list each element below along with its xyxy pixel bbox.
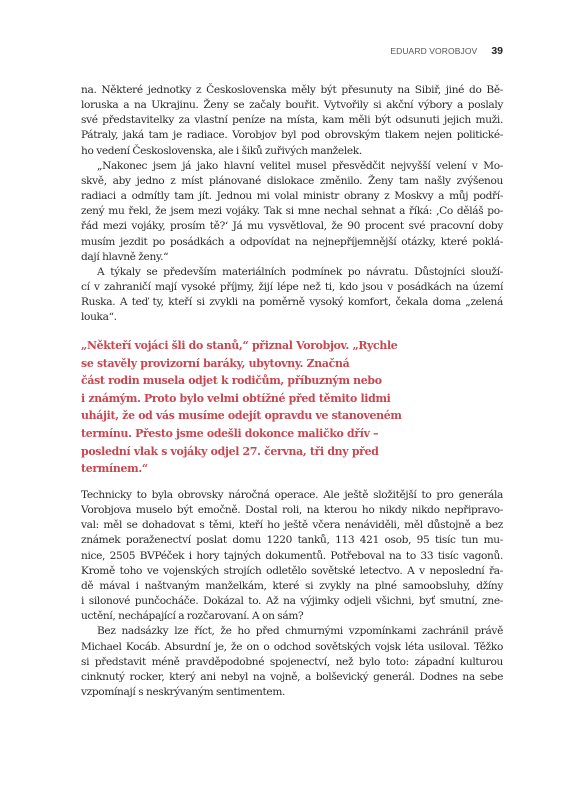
text-line: radiaci a odmítly tam jít. Jednou mi vol…: [81, 189, 503, 204]
text-line: uctění, nechápající a rozčarovaní. A on …: [81, 609, 503, 624]
pull-quote: „Někteří vojáci šli do stanů,“ přiznal V…: [81, 337, 421, 478]
pull-quote-line: se stavěly provizorní baráky, ubytovny. …: [81, 355, 421, 373]
text-line: si představit méně pravděpodobné spojene…: [81, 655, 503, 670]
pull-quote-line: „Někteří vojáci šli do stanů,“ přiznal V…: [81, 337, 421, 355]
paragraph: na. Některé jednotky z Československa mě…: [81, 83, 503, 159]
text-line: Ruska. A teď ty, kteří si zvykli na pomě…: [81, 295, 503, 310]
text-line: dají hlavně ženy.“: [81, 250, 503, 265]
pull-quote-line: i známým. Proto bylo velmi obtížné před …: [81, 390, 421, 408]
text-line: musím jezdit po posádkách a odpovídat na…: [81, 235, 503, 250]
text-line: louka“.: [81, 310, 503, 325]
running-head: EDUARD VOROBJOV 39: [390, 45, 503, 57]
body-text-block-2: Technicky to byla obrovsky náročná opera…: [81, 488, 503, 700]
text-line: skvě, aby jedno z míst plánované disloka…: [81, 174, 503, 189]
text-line: ho vedení Československa, ale i šiků zuř…: [81, 144, 503, 159]
running-head-author: EDUARD VOROBJOV: [390, 46, 477, 56]
paragraph: A týkaly se především materiálních podmí…: [81, 265, 503, 326]
pull-quote-line: část rodin musela odjet k rodičům, příbu…: [81, 372, 421, 390]
text-line: své představitelky za vlastní peníze na …: [81, 113, 503, 128]
page-number: 39: [491, 45, 503, 57]
text-line: loruska a na Ukrajinu. Ženy se začaly bo…: [81, 98, 503, 113]
text-line: vzpomínají s neskrývaným sentimentem.: [81, 685, 503, 700]
text-line: Vorobjova muselo být emočně. Dostal roli…: [81, 503, 503, 518]
pull-quote-line: uhájit, že od vás musíme odejít opravdu …: [81, 407, 421, 425]
text-line: nice, 2505 BVPéček i hory tajných dokume…: [81, 549, 503, 564]
text-line: zený mu řekl, že jsem mezi vojáky. Tak s…: [81, 204, 503, 219]
text-line: řád mezi vojáky, prosím tě?‘ Já mu vysvě…: [81, 219, 503, 234]
body-text-block-1: na. Některé jednotky z Československa mě…: [81, 83, 503, 326]
text-line: na. Některé jednotky z Československa mě…: [81, 83, 503, 98]
text-line: Michael Kocáb. Absurdní je, že on o odch…: [81, 640, 503, 655]
text-line: Bez nadsázky lze říct, že ho před chmurn…: [81, 624, 503, 639]
text-line: val: měl se dohadovat s těmi, kteří ho j…: [81, 518, 503, 533]
paragraph: „Nakonec jsem já jako hlavní velitel mus…: [81, 159, 503, 265]
text-line: „Nakonec jsem já jako hlavní velitel mus…: [81, 159, 503, 174]
text-line: i silonové punčocháče. Dokázal to. Až na…: [81, 594, 503, 609]
text-line: A týkaly se především materiálních podmí…: [81, 265, 503, 280]
paragraph: Technicky to byla obrovsky náročná opera…: [81, 488, 503, 624]
text-line: známek poraženectví poslat domu 1220 tan…: [81, 533, 503, 548]
text-line: Technicky to byla obrovsky náročná opera…: [81, 488, 503, 503]
pull-quote-line: termínem.“: [81, 460, 421, 478]
text-line: dě mával i naštvaným manželkám, které si…: [81, 579, 503, 594]
text-line: Kromě toho ve vojenských strojích odletě…: [81, 564, 503, 579]
paragraph: Bez nadsázky lze říct, že ho před chmurn…: [81, 624, 503, 700]
text-line: cí v zahraničí mají vysoké příjmy, žijí …: [81, 280, 503, 295]
text-line: cinknutý rocker, který ani nebyl na vojn…: [81, 670, 503, 685]
book-page: EDUARD VOROBJOV 39 na. Některé jednotky …: [0, 0, 583, 800]
pull-quote-line: poslední vlak s vojáky odjel 27. června,…: [81, 443, 421, 461]
text-line: Pátraly, jaká tam je radiace. Vorobjov b…: [81, 128, 503, 143]
pull-quote-line: termínu. Přesto jsme odešli dokonce mali…: [81, 425, 421, 443]
